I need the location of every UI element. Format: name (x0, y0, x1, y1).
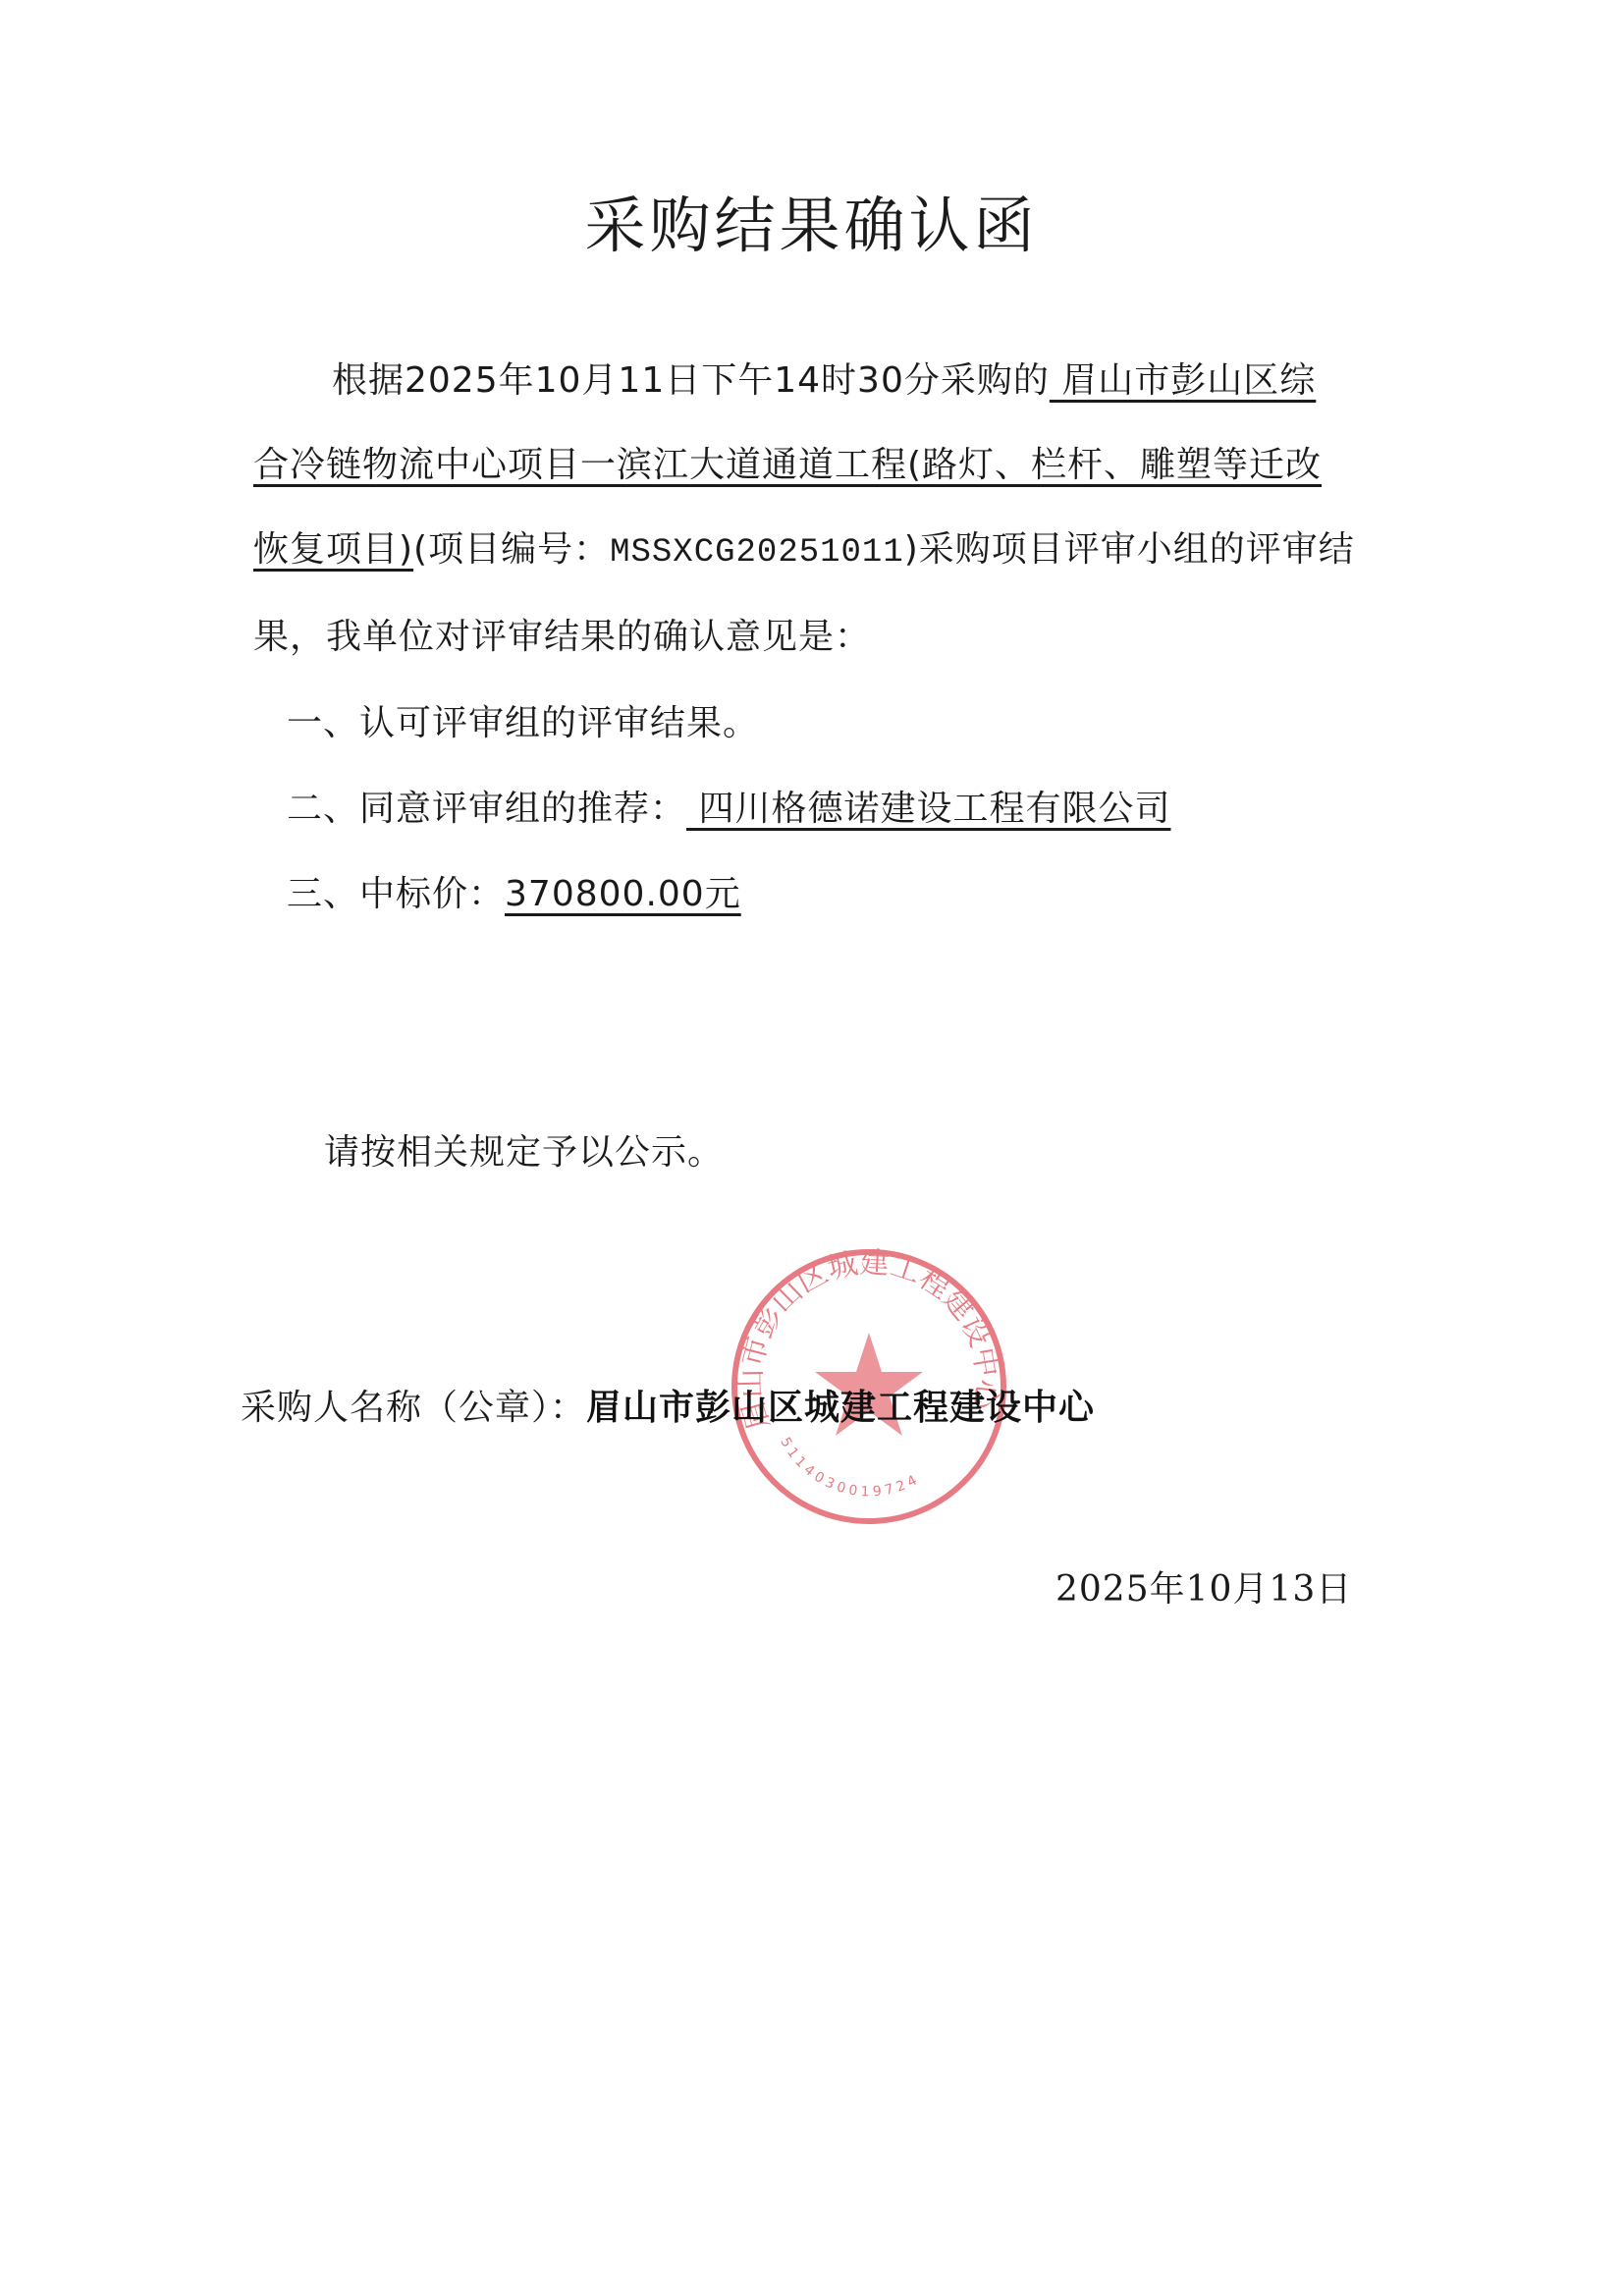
intro-line-3: 恢复项目)(项目编号：MSSXCG20251011)采购项目评审小组的评审结 (253, 508, 1382, 595)
item-1-label: 一、认可评审组的评审结果。 (287, 703, 759, 743)
publication-notice: 请按相关规定予以公示。 (324, 1124, 724, 1175)
item-approve-result: 一、认可评审组的评审结果。 (287, 695, 759, 745)
project-name-part-2: 合冷链物流中心项目一滨江大道通道工程(路灯、栏杆、雕塑等迁改 (253, 445, 1322, 485)
intro-prefix: 根据2025年10月11日下午14时30分采购的 (332, 360, 1050, 401)
project-name-part-1: 眉山市彭山区综 (1050, 360, 1316, 401)
winning-price: 370800.00元 (505, 874, 741, 914)
item-recommended-supplier: 二、同意评审组的推荐： 四川格德诺建设工程有限公司 (287, 781, 1170, 831)
intro-line-4: 果，我单位对评审结果的确认意见是： (253, 595, 1382, 680)
item-winning-price: 三、中标价：370800.00元 (287, 866, 741, 916)
purchaser-label: 采购人名称（公章）： (241, 1388, 586, 1428)
purchaser-signature: 采购人名称（公章）：眉山市彭山区城建工程建设中心 (241, 1380, 1095, 1430)
item-2-label: 二、同意评审组的推荐： (287, 789, 686, 829)
intro-line-4-text: 果，我单位对评审结果的确认意见是： (253, 617, 871, 657)
intro-line-1: 根据2025年10月11日下午14时30分采购的 眉山市彭山区综 (253, 339, 1382, 423)
project-code-label: (项目编号： (413, 529, 610, 570)
item-3-label: 三、中标价： (287, 874, 505, 914)
winning-supplier: 四川格德诺建设工程有限公司 (686, 789, 1170, 829)
purchaser-name: 眉山市彭山区城建工程建设中心 (586, 1388, 1095, 1428)
document-title: 采购结果确认函 (0, 177, 1623, 264)
intro-suffix: )采购项目评审小组的评审结 (904, 529, 1355, 570)
project-name-part-3: 恢复项目) (253, 529, 413, 570)
document-date: 2025年10月13日 (1055, 1561, 1352, 1612)
intro-line-2: 合冷链物流中心项目一滨江大道通道工程(路灯、栏杆、雕塑等迁改 (253, 423, 1382, 508)
document-page: 采购结果确认函 根据2025年10月11日下午14时30分采购的 眉山市彭山区综… (0, 0, 1623, 2296)
project-code: MSSXCG20251011 (610, 534, 904, 572)
svg-text:5114030019724: 5114030019724 (777, 1435, 923, 1500)
intro-paragraph: 根据2025年10月11日下午14时30分采购的 眉山市彭山区综 合冷链物流中心… (253, 339, 1382, 680)
